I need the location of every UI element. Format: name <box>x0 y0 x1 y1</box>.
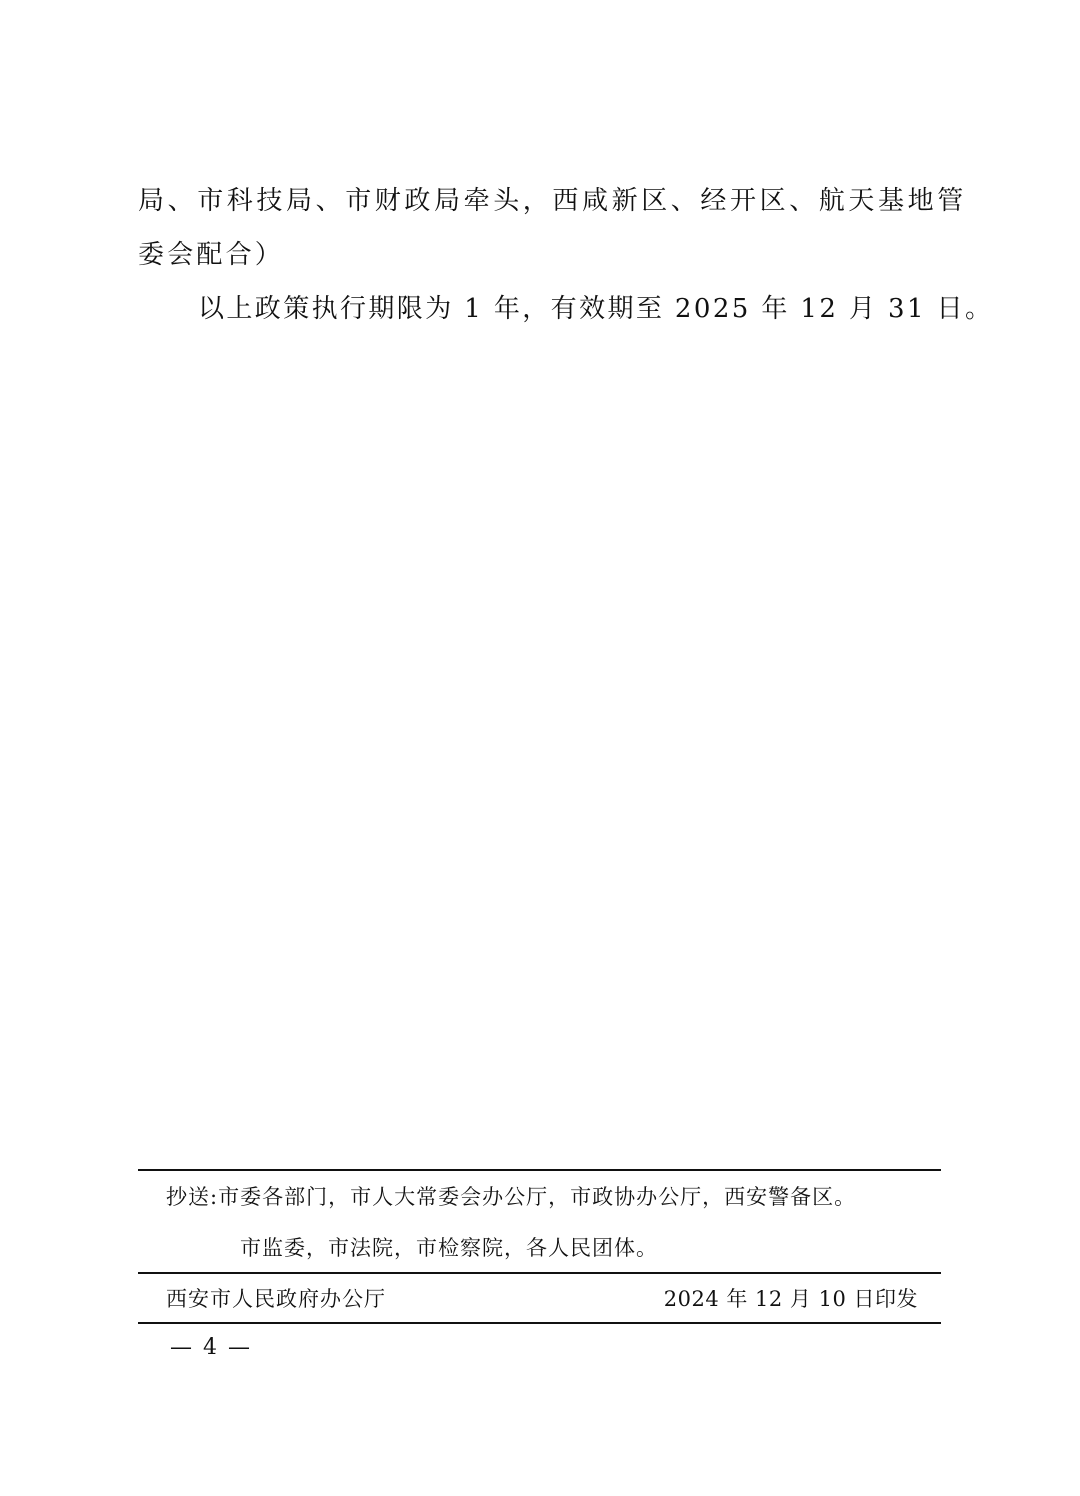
issue-date: 2024 年 12 月 10 日印发 <box>664 1284 918 1314</box>
footer-middle-rule <box>138 1272 941 1274</box>
page-number: — 4 — <box>170 1333 252 1363</box>
footer-top-rule <box>138 1169 941 1171</box>
cc-line-1: 抄送:市委各部门，市人大常委会办公厅，市政协办公厅，西安警备区。 <box>166 1182 856 1212</box>
body-text-line-1: 局、市科技局、市财政局牵头，西咸新区、经开区、航天基地管 <box>138 184 967 218</box>
footer-bottom-rule <box>138 1322 941 1324</box>
cc-recipients-1: 市委各部门，市人大常委会办公厅，市政协办公厅，西安警备区。 <box>218 1185 856 1209</box>
document-page: 局、市科技局、市财政局牵头，西咸新区、经开区、航天基地管 委会配合） 以上政策执… <box>0 0 1080 1496</box>
policy-validity-paragraph: 以上政策执行期限为 1 年，有效期至 2025 年 12 月 31 日。 <box>198 292 993 326</box>
body-text-line-2: 委会配合） <box>138 238 284 272</box>
cc-label: 抄送: <box>166 1185 218 1209</box>
cc-recipients-2: 市监委，市法院，市检察院，各人民团体。 <box>240 1233 658 1263</box>
issuing-office: 西安市人民政府办公厅 <box>166 1284 386 1314</box>
